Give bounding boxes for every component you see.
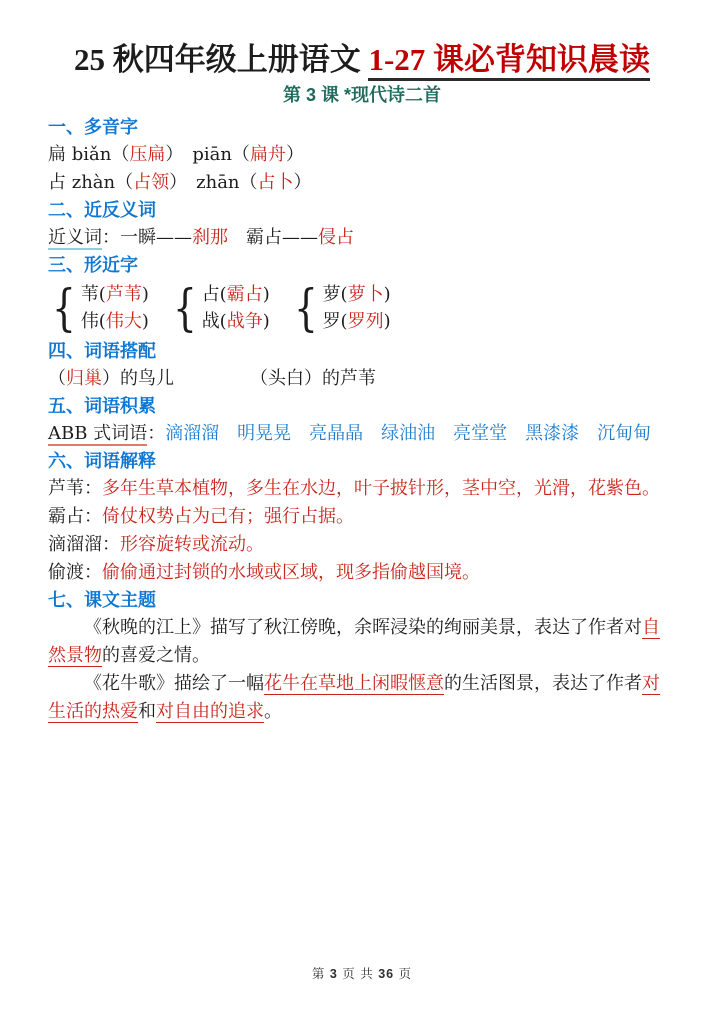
lesson-subtitle: 第 3 课 *现代诗二首 [48, 82, 676, 108]
definition-text: 多年生草本植物，多生在水边，叶子披针形，茎中空，光滑，花紫色。 [102, 478, 660, 499]
definition-line: 滴溜溜：形容旋转或流动。 [48, 531, 676, 559]
text-segment: 《秋晚的江上》描写了秋江傍晚，余晖浸染的绚丽美景，表达了作者对 [84, 617, 642, 638]
section-heading-ciyujieshi: 六、词语解释 [48, 448, 676, 475]
definition-text: 偷偷通过封锁的水域或区域，现多指偷越国境。 [102, 562, 480, 583]
text-segment: 霸占—— [228, 227, 318, 248]
section-heading-kewenzhuti: 七、课文主题 [48, 587, 676, 614]
section-heading-xingjinzi: 三、形近字 [48, 252, 676, 279]
text-segment: ) [263, 284, 270, 305]
text-segment: ）的鸟儿 [102, 368, 174, 389]
character-group: { 占(霸占) 战(战争) [169, 280, 270, 336]
total-page-number: 36 [378, 967, 394, 981]
answer-word: 萝卜 [348, 284, 384, 305]
text-segment: ) [384, 284, 391, 305]
text-segment: ) [142, 284, 149, 305]
text-segment: 占 zhàn（ [48, 172, 133, 193]
section-heading-duoyinzi: 一、多音字 [48, 114, 676, 141]
section-heading-ciyujilei: 五、词语积累 [48, 393, 676, 420]
answer-word: 占领 [133, 172, 169, 193]
definition-line: 霸占：倚仗权势占为己有；强行占据。 [48, 503, 676, 531]
definition-text: 形容旋转或流动。 [120, 534, 264, 555]
answer-word: 芦苇 [106, 284, 142, 305]
text-segment: ： [147, 423, 165, 444]
abb-words-line: ABB 式词语：滴溜溜 明晃晃 亮晶晶 绿油油 亮堂堂 黑漆漆 沉甸甸 [48, 420, 676, 448]
answer-word: 战争 [227, 311, 263, 332]
text-segment: ) [384, 311, 391, 332]
text-segment: 扁 biǎn（ [48, 144, 129, 165]
section-heading-ciyudapei: 四、词语搭配 [48, 338, 676, 365]
document-page: 25 秋四年级上册语文 1-27 课必背知识晨读 第 3 课 *现代诗二首 一、… [0, 0, 724, 1024]
character-group: { 萝(萝卜) 罗(罗列) [290, 280, 391, 336]
text-segment: （ [48, 368, 66, 389]
curly-brace-icon: { [173, 280, 197, 336]
text-segment: 的生活图景，表达了作者 [444, 673, 642, 694]
similar-characters-row: { 苇(芦苇) 伟(伟大) { 占(霸占) 战(战争) { 萝(萝卜) 罗(罗列… [48, 280, 676, 336]
polyphone-line-zhan: 占 zhàn（占领） zhān（占卜） [48, 169, 676, 197]
text-segment: 罗( [323, 311, 348, 332]
answer-word: 侵占 [318, 227, 354, 248]
synonym-line: 近义词：一瞬——刹那 霸占——侵占 [48, 224, 676, 252]
text-segment: 战( [202, 311, 227, 332]
curly-brace-icon: { [294, 280, 318, 336]
definition-term: 霸占： [48, 506, 102, 527]
answer-word: 罗列 [348, 311, 384, 332]
theme-paragraph-qiuwan: 《秋晚的江上》描写了秋江傍晚，余晖浸染的绚丽美景，表达了作者对自然景物的喜爱之情… [48, 614, 676, 670]
title-black-part: 25 秋四年级上册语文 [74, 42, 369, 77]
text-segment: 伟( [81, 311, 106, 332]
definition-term: 偷渡： [48, 562, 102, 583]
section-heading-jinfanyici: 二、近反义词 [48, 197, 676, 224]
text-segment: 《花牛歌》描绘了一幅 [84, 673, 264, 694]
answer-word: 霸占 [227, 284, 263, 305]
text-segment: 萝( [323, 284, 348, 305]
abb-word-list: 滴溜溜 明晃晃 亮晶晶 绿油油 亮堂堂 黑漆漆 沉甸甸 [165, 423, 651, 444]
footer-text: 第 [312, 967, 330, 981]
text-segment: 和 [138, 701, 156, 722]
abb-label: ABB 式词语 [48, 423, 147, 446]
text-segment: 。 [264, 701, 282, 722]
answer-word: 扁舟 [250, 144, 286, 165]
text-segment: ） [294, 172, 312, 193]
definition-line: 偷渡：偷偷通过封锁的水域或区域，现多指偷越国境。 [48, 559, 676, 587]
page-title: 25 秋四年级上册语文 1-27 课必背知识晨读 [48, 40, 676, 80]
page-number-footer: 第 3 页 共 36 页 [0, 960, 724, 988]
synonym-label: 近义词 [48, 227, 102, 250]
definition-text: 倚仗权势占为己有；强行占据。 [102, 506, 354, 527]
text-segment: 的喜爱之情。 [102, 645, 210, 666]
text-segment: 苇( [81, 284, 106, 305]
key-phrase: 对自由的追求 [156, 701, 264, 723]
theme-paragraph-huaniuge: 《花牛歌》描绘了一幅花牛在草地上闲暇惬意的生活图景，表达了作者对生活的热爱和对自… [48, 670, 676, 726]
text-segment: 占( [202, 284, 227, 305]
text-segment: ：一瞬—— [102, 227, 192, 248]
curly-brace-icon: { [52, 280, 76, 336]
answer-word: 伟大 [106, 311, 142, 332]
text-segment: （头白）的芦苇 [250, 368, 376, 389]
text-segment: ) [142, 311, 149, 332]
text-segment: ) [263, 311, 270, 332]
answer-word: 压扁 [129, 144, 165, 165]
text-segment: ） zhān（ [169, 172, 257, 193]
text-segment: ） [286, 144, 304, 165]
text-segment: ） piān（ [165, 144, 250, 165]
polyphone-line-bian: 扁 biǎn（压扁） piān（扁舟） [48, 141, 676, 169]
current-page-number: 3 [330, 967, 338, 981]
answer-word: 占卜 [258, 172, 294, 193]
definition-term: 滴溜溜： [48, 534, 120, 555]
collocation-line: （归巢）的鸟儿（头白）的芦苇 [48, 365, 676, 393]
key-phrase: 花牛在草地上闲暇惬意 [264, 673, 444, 695]
character-group: { 苇(芦苇) 伟(伟大) [48, 280, 149, 336]
footer-text: 页 [394, 967, 412, 981]
answer-word: 归巢 [66, 368, 102, 389]
footer-text: 页 共 [338, 967, 378, 981]
answer-word: 刹那 [192, 227, 228, 248]
title-red-part: 1-27 课必背知识晨读 [368, 42, 650, 81]
definition-line: 芦苇：多年生草本植物，多生在水边，叶子披针形，茎中空，光滑，花紫色。 [48, 475, 676, 503]
definition-term: 芦苇： [48, 478, 102, 499]
